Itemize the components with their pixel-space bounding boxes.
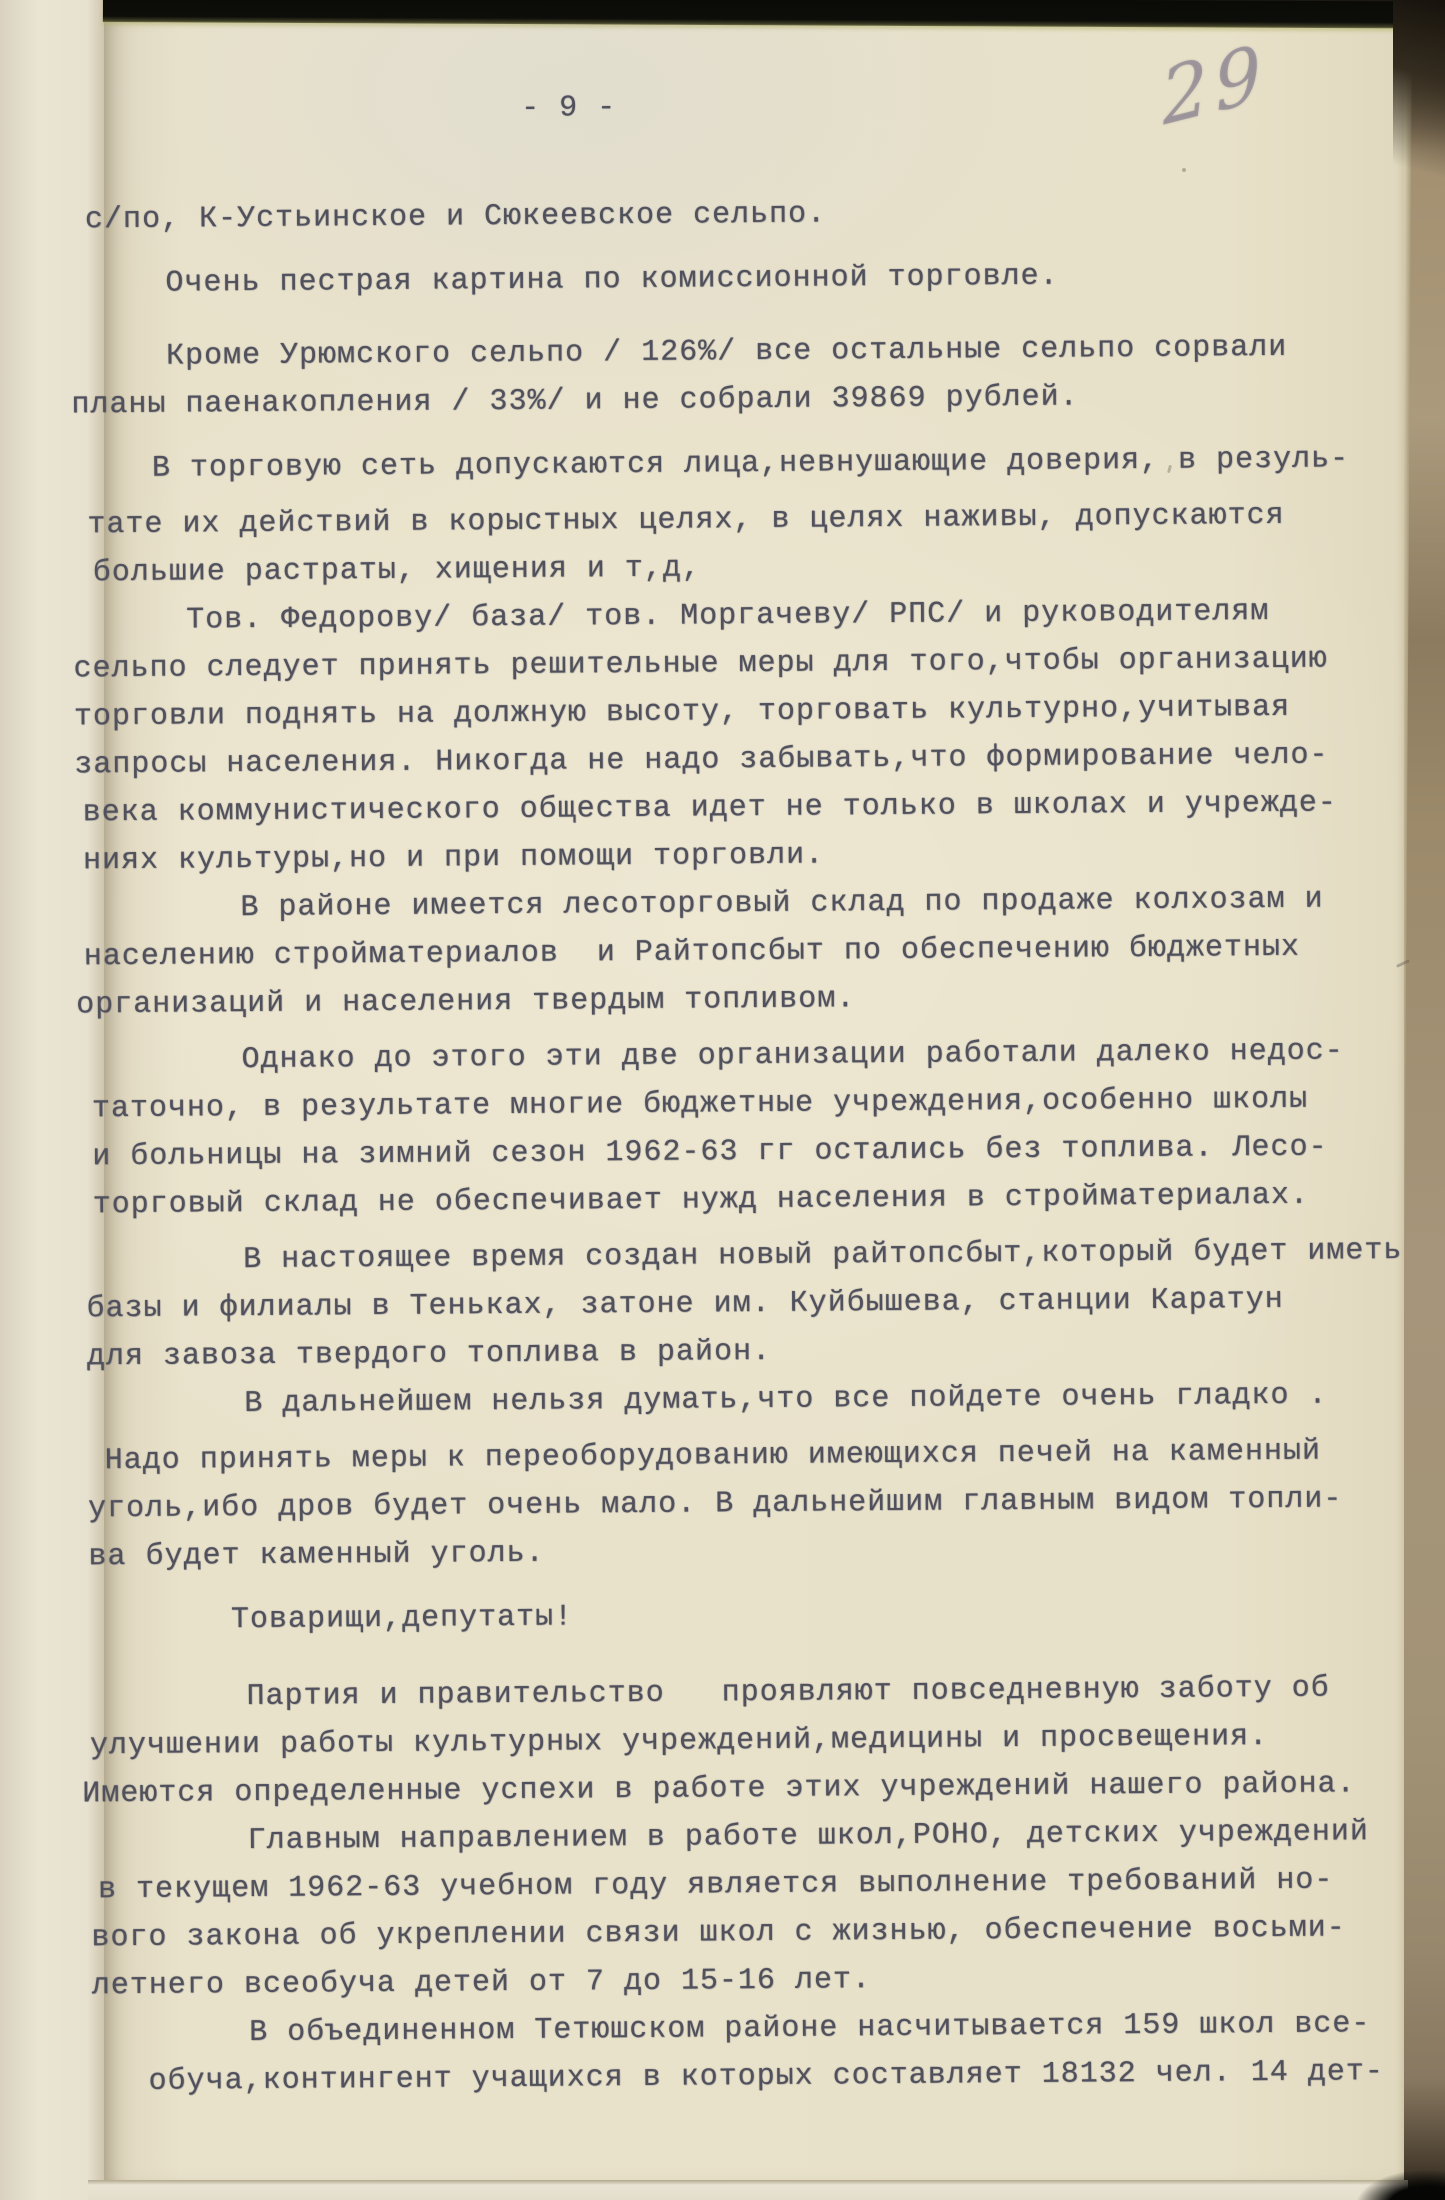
text-line: ва будет каменный уголь. <box>88 1523 1445 1582</box>
text-line: Очень пестрая картина по комиссионной то… <box>165 250 1445 308</box>
text-line: Кроме Урюмского сельпо / 126%/ все остал… <box>166 323 1445 381</box>
typed-page-number: - 9 - <box>521 91 616 126</box>
text-line: торговый склад не обеспечивает нужд насе… <box>93 1171 1445 1230</box>
text-line: с/по, К-Устьинское и Сюкеевское сельпо. <box>85 186 1445 245</box>
text-line: организаций и населения твердым топливом… <box>76 971 1445 1030</box>
text-line: обуча,контингент учащихся в которых сост… <box>148 2048 1445 2106</box>
text-line: Товарищи,депутаты! <box>231 1587 1445 1645</box>
scanned-typewritten-page: - 9 - с/по, К-Устьинское и Сюкеевское се… <box>0 0 1445 2200</box>
text-line: В дальнейшем нельзя думать,что все пойде… <box>244 1371 1445 1429</box>
document-text-block: с/по, К-Устьинское и Сюкеевское сельпо.О… <box>0 186 1445 2107</box>
text-line: В торговую сеть допускаются лица,невнуша… <box>152 435 1445 493</box>
text-line: планы паенакопления / 33%/ и не собрали … <box>71 371 1445 430</box>
typed-text-layer: - 9 - с/по, К-Устьинское и Сюкеевское се… <box>0 0 1445 2200</box>
